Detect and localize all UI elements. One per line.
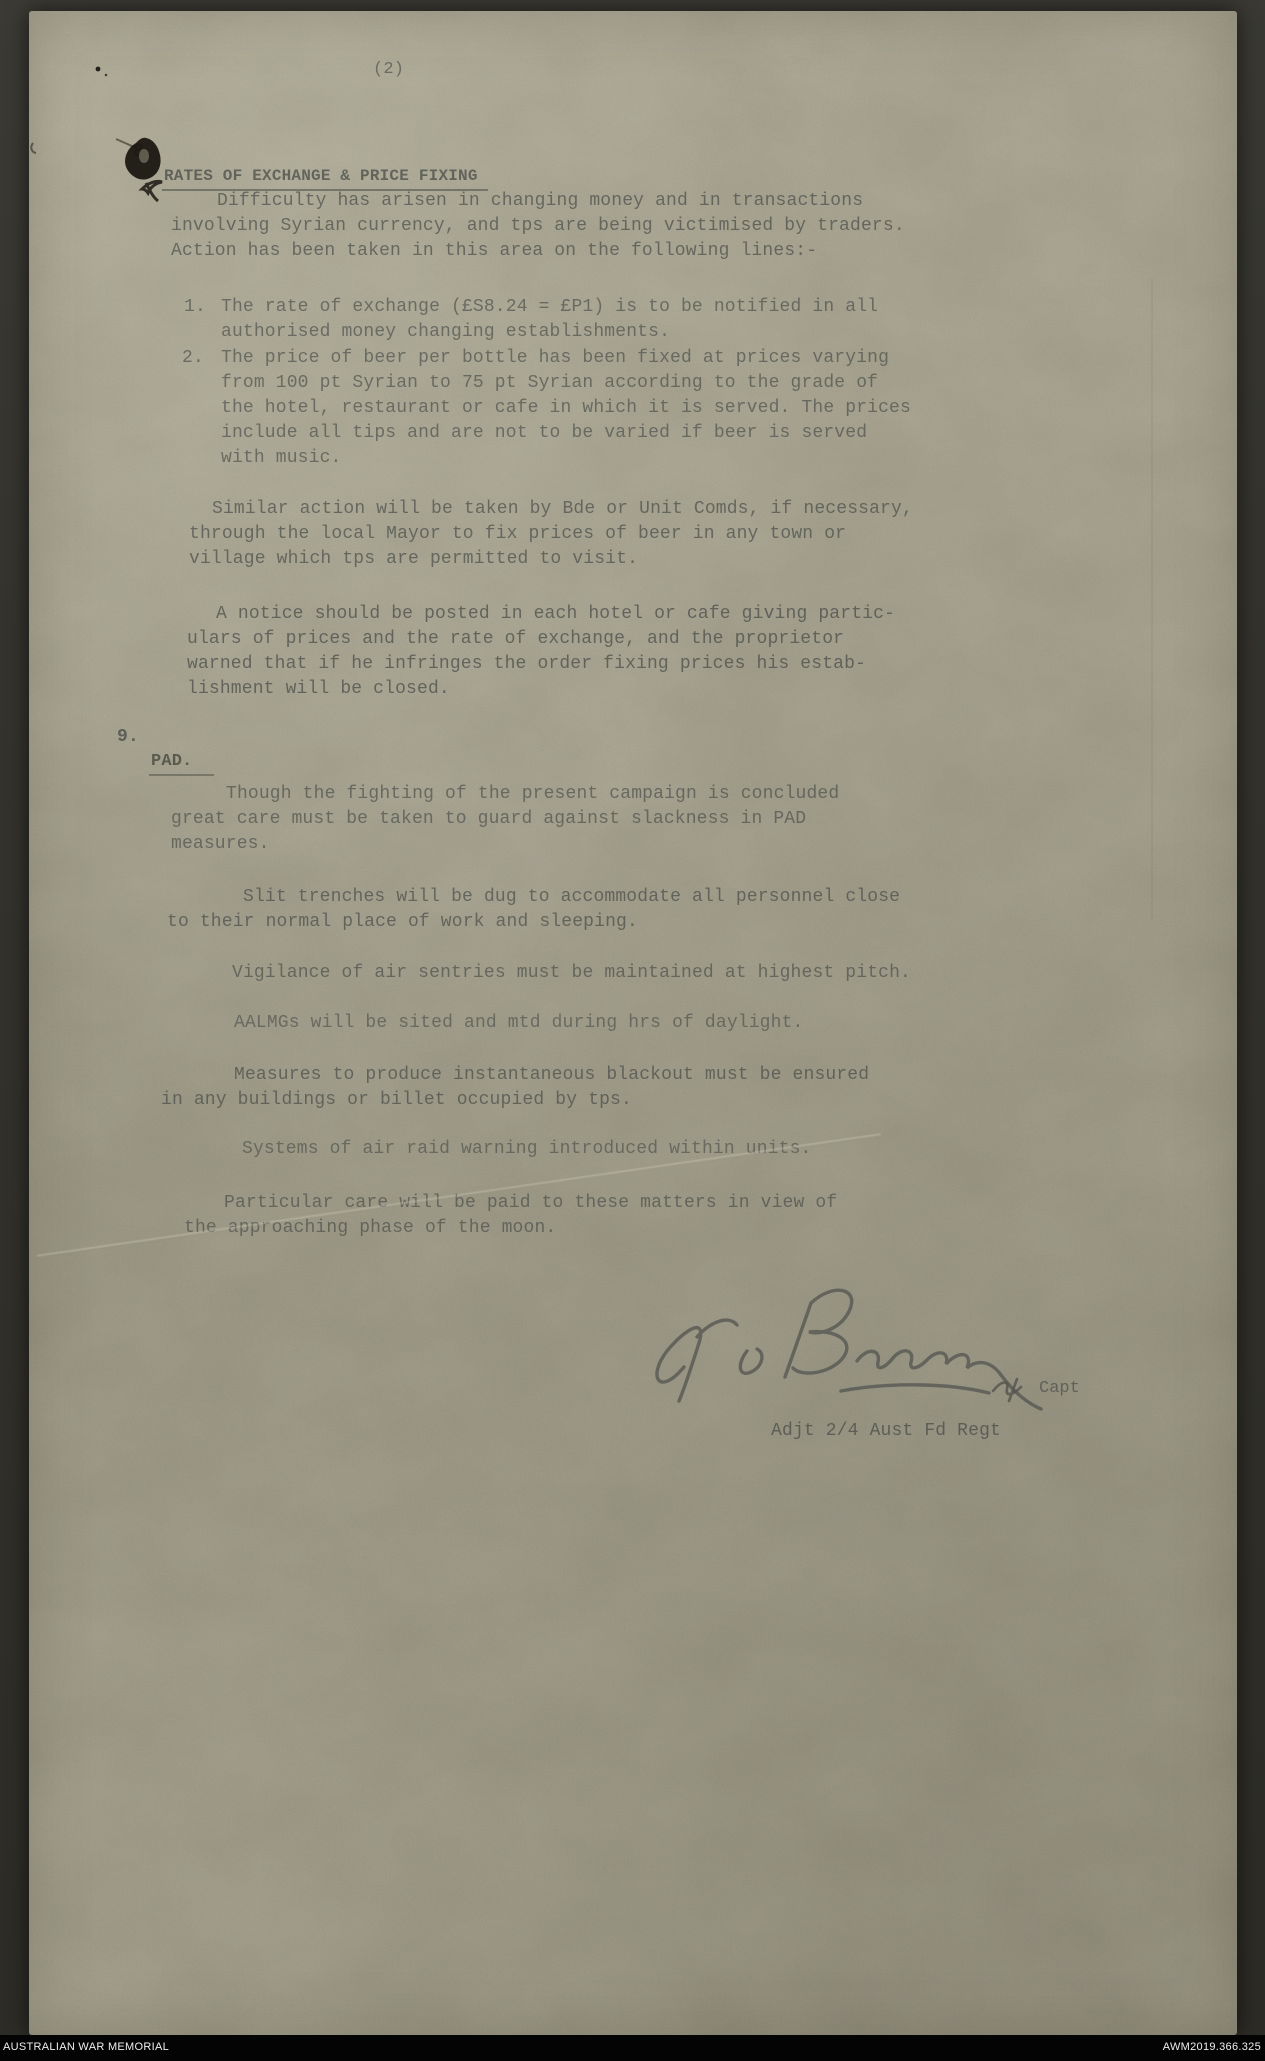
signature-rank: Capt xyxy=(1039,1379,1080,1398)
paragraph-pad-7: Particular care will be paid to these ma… xyxy=(184,1191,964,1241)
archive-institution-label: AUSTRALIAN WAR MEMORIAL xyxy=(3,2041,169,2053)
list-item-2-text: The price of beer per bottle has been fi… xyxy=(221,346,991,471)
list-item-1-text: The rate of exchange (£S8.24 = £P1) is t… xyxy=(221,295,981,345)
paragraph-pad-6: Systems of air raid warning introduced w… xyxy=(242,1137,1002,1162)
edge-mark xyxy=(29,135,59,165)
paragraph-similar-action: Similar action will be taken by Bde or U… xyxy=(189,497,989,572)
paragraph-notice: A notice should be posted in each hotel … xyxy=(187,602,977,702)
section-9-number: 9. xyxy=(117,725,139,750)
list-item-1-number: 1. xyxy=(184,295,206,320)
paragraph-intro: Difficulty has arisen in changing money … xyxy=(171,189,981,264)
list-item-2-number: 2. xyxy=(182,346,204,371)
section-8-number: 8. xyxy=(133,140,155,165)
section-9-heading: PAD. xyxy=(149,724,214,774)
signature-unit-line: Adjt 2/4 Aust Fd Regt xyxy=(771,1419,1001,1444)
archive-caption-bar: AUSTRALIAN WAR MEMORIAL AWM2019.366.325 xyxy=(0,2035,1265,2061)
paragraph-pad-1: Though the fighting of the present campa… xyxy=(171,782,961,857)
scan-streak xyxy=(1151,279,1153,919)
paragraph-pad-2: Slit trenches will be dug to accommodate… xyxy=(167,885,967,935)
page-number: (2) xyxy=(373,57,404,82)
paragraph-pad-3: Vigilance of air sentries must be mainta… xyxy=(232,961,1032,986)
archive-reference-label: AWM2019.366.325 xyxy=(1163,2041,1261,2053)
section-8-heading-text: RATES OF EXCHANGE & PRICE FIXING xyxy=(162,167,488,191)
document-page: (2) 8. RATES OF EXCHANGE & PRICE FIXING … xyxy=(29,11,1237,2035)
paragraph-pad-5: Measures to produce instantaneous blacko… xyxy=(161,1063,961,1113)
section-8-heading: RATES OF EXCHANGE & PRICE FIXING xyxy=(162,139,488,189)
paragraph-pad-4: AALMGs will be sited and mtd during hrs … xyxy=(234,1011,994,1036)
section-9-heading-text: PAD. xyxy=(149,752,214,776)
scan-frame: (2) 8. RATES OF EXCHANGE & PRICE FIXING … xyxy=(0,0,1265,2061)
